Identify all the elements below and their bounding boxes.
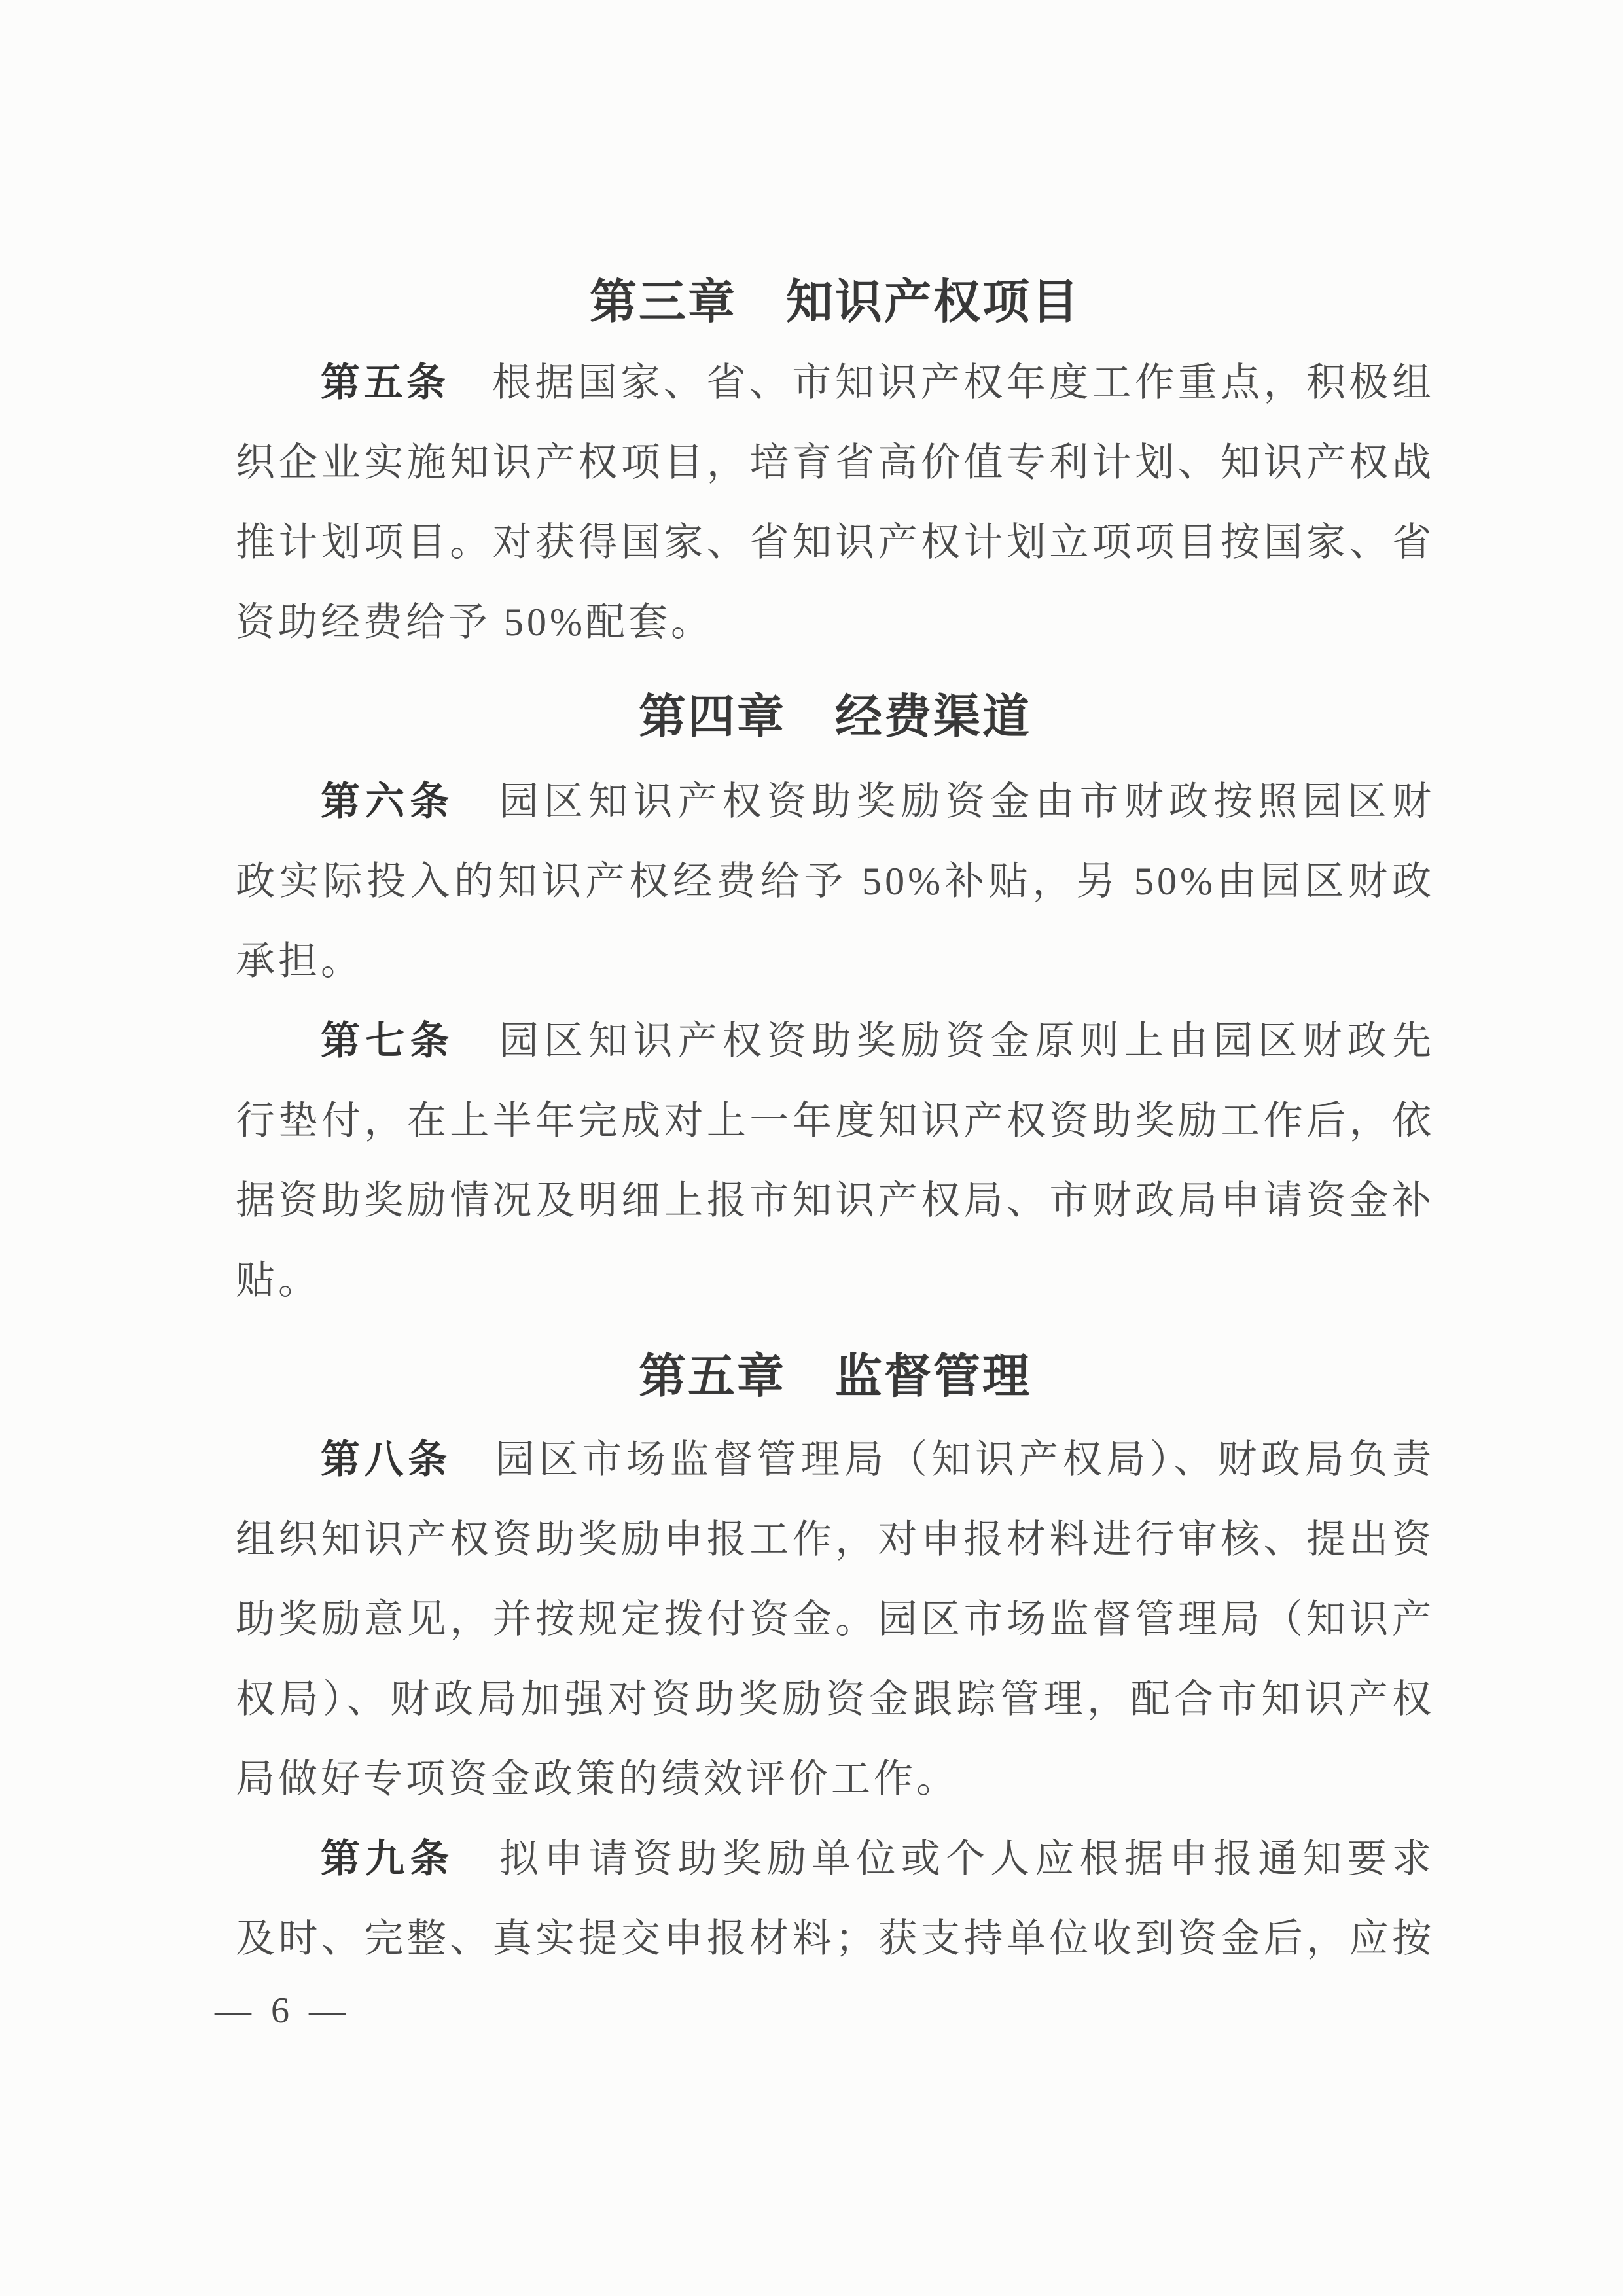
article-9-label: 第九条 (321, 1837, 455, 1881)
article-7-line-4: 贴。 (236, 1241, 1435, 1320)
chapter-4-heading: 第四章 经费渠道 (236, 681, 1435, 753)
chapter-5-heading: 第五章 监督管理 (236, 1341, 1435, 1413)
article-5-label: 第五条 (321, 361, 449, 404)
article-6-line-3: 承担。 (236, 921, 1435, 1001)
article-5-line-1: 第五条 根据国家、省、市知识产权年度工作重点，积极组 (236, 343, 1435, 423)
article-7-line-1: 第七条 园区知识产权资助奖励资金原则上由园区财政先 (236, 1001, 1435, 1081)
article-5-line-3: 推计划项目。对获得国家、省知识产权计划立项项目按国家、省 (236, 503, 1435, 582)
article-7-line-1-text: 园区知识产权资助奖励资金原则上由园区财政先 (455, 1019, 1435, 1063)
article-8-line-1-text: 园区市场监督管理局（知识产权局）、财政局负责 (452, 1438, 1435, 1481)
article-8-line-2: 组织知识产权资助奖励申报工作，对申报材料进行审核、提出资 (236, 1500, 1435, 1580)
article-7-line-2: 行垫付，在上半年完成对上一年度知识产权资助奖励工作后，依 (236, 1081, 1435, 1161)
article-7-line-3: 据资助奖励情况及明细上报市知识产权局、市财政局申请资金补 (236, 1161, 1435, 1241)
article-9: 第九条 拟申请资助奖励单位或个人应根据申报通知要求 及时、完整、真实提交申报材料… (236, 1819, 1435, 1979)
article-9-line-1-text: 拟申请资助奖励单位或个人应根据申报通知要求 (455, 1837, 1435, 1881)
page-number: — 6 — (215, 1981, 351, 2040)
article-6-line-1: 第六条 园区知识产权资助奖励资金由市财政按照园区财 (236, 762, 1435, 841)
article-9-line-1: 第九条 拟申请资助奖励单位或个人应根据申报通知要求 (236, 1819, 1435, 1899)
article-8-line-3: 助奖励意见，并按规定拨付资金。园区市场监督管理局（知识产 (236, 1580, 1435, 1659)
article-6-line-1-text: 园区知识产权资助奖励资金由市财政按照园区财 (455, 780, 1435, 823)
article-6: 第六条 园区知识产权资助奖励资金由市财政按照园区财 政实际投入的知识产权经费给予… (236, 762, 1435, 1001)
article-9-line-2: 及时、完整、真实提交申报材料；获支持单位收到资金后，应按 (236, 1899, 1435, 1979)
article-5-line-2: 织企业实施知识产权项目，培育省高价值专利计划、知识产权战 (236, 423, 1435, 503)
article-6-label: 第六条 (321, 780, 455, 823)
document-page: 第三章 知识产权项目 第五条 根据国家、省、市知识产权年度工作重点，积极组 织企… (0, 0, 1623, 2296)
chapter-3-heading: 第三章 知识产权项目 (236, 266, 1435, 338)
article-8: 第八条 园区市场监督管理局（知识产权局）、财政局负责 组织知识产权资助奖励申报工… (236, 1420, 1435, 1819)
article-8-line-5: 局做好专项资金政策的绩效评价工作。 (236, 1739, 1435, 1819)
article-7-label: 第七条 (321, 1019, 455, 1063)
article-8-label: 第八条 (321, 1438, 452, 1481)
article-8-line-4: 权局）、财政局加强对资助奖励资金跟踪管理，配合市知识产权 (236, 1659, 1435, 1739)
article-5-line-4: 资助经费给予 50%配套。 (236, 582, 1435, 662)
article-7: 第七条 园区知识产权资助奖励资金原则上由园区财政先 行垫付，在上半年完成对上一年… (236, 1001, 1435, 1320)
article-5: 第五条 根据国家、省、市知识产权年度工作重点，积极组 织企业实施知识产权项目，培… (236, 343, 1435, 662)
article-6-line-2: 政实际投入的知识产权经费给予 50%补贴，另 50%由园区财政 (236, 841, 1435, 921)
article-8-line-1: 第八条 园区市场监督管理局（知识产权局）、财政局负责 (236, 1420, 1435, 1500)
article-5-line-1-text: 根据国家、省、市知识产权年度工作重点，积极组 (449, 361, 1435, 404)
